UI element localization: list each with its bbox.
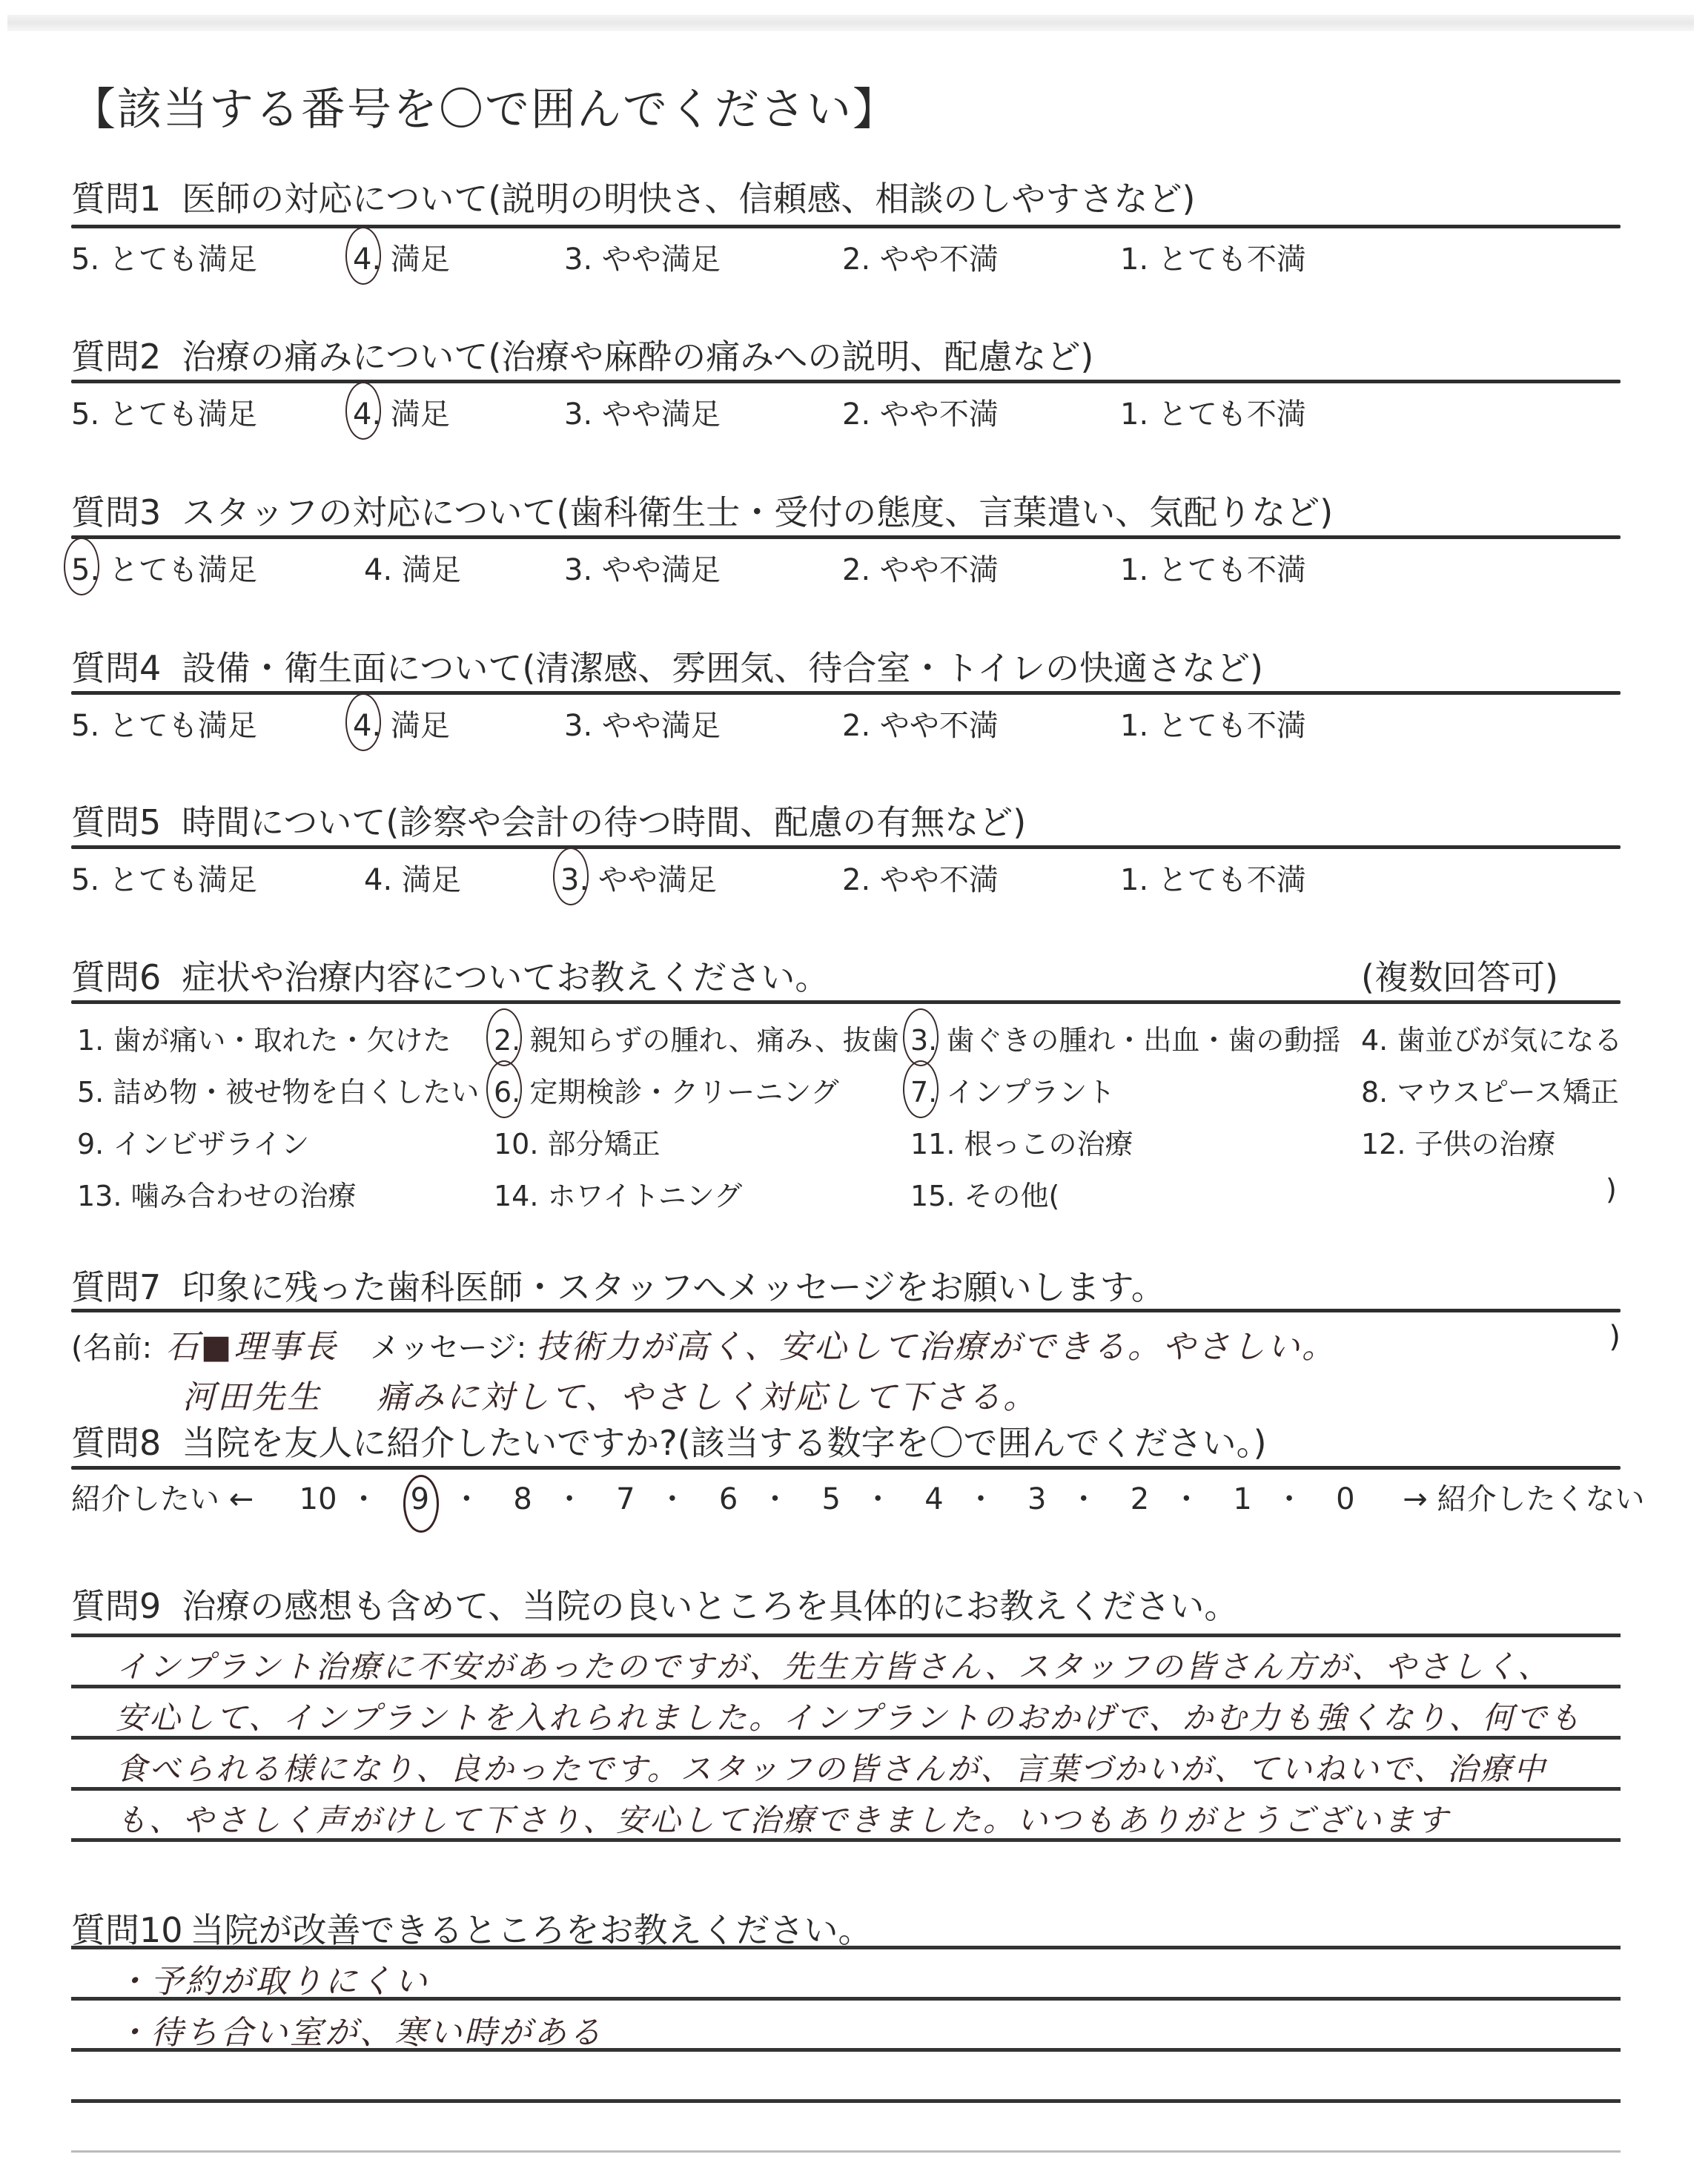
close-paren: ) [1609,1320,1621,1354]
scale-left-label: 紹介したい ← [71,1476,254,1518]
scale-1[interactable]: 1 [1225,1482,1260,1516]
question-text: 当院を友人に紹介したいですか?(該当する数字を〇で囲んでください。) [182,1423,1266,1463]
answer-line-2[interactable]: 安心して、インプラントを入れられました。インプラントのおかげで、かむ力も強くなり… [116,1694,1582,1738]
question-3-heading: 質問3スタッフの対応について(歯科衛生士・受付の態度、言葉遣い、気配りなど) [71,486,1333,535]
scale-6[interactable]: 6 [711,1482,747,1516]
option-9[interactable]: 9. インビザライン [77,1121,309,1162]
option-4[interactable]: 4. 歯並びが気になる [1361,1017,1622,1058]
multiple-answer-note: (複数回答可) [1361,951,1558,1000]
scale-right-label: → 紹介したくない [1403,1476,1644,1518]
divider [71,225,1621,228]
message-line-2: 河田先生 痛みに対して、やさしく対応して下さる。 [182,1370,1038,1418]
answer-line-3[interactable]: 食べられる様になり、良かったです。スタッフの皆さんが、言葉づかいが、ていねいで、… [116,1745,1547,1789]
option-6-selected[interactable]: 6. 定期検診・クリーニング [494,1069,839,1110]
question-4-options: 5. とても満足 4. 満足 3. やや満足 2. やや不満 1. とても不満 [71,702,1621,747]
question-1-heading: 質問1医師の対応について(説明の明快さ、信頼感、相談のしやすさなど) [71,172,1195,221]
option-3-selected[interactable]: 3. やや満足 [560,856,717,899]
scale-4[interactable]: 4 [916,1482,952,1516]
divider [71,691,1621,695]
question-1-options: 5. とても満足 4. 満足 3. やや満足 2. やや不満 1. とても不満 [71,236,1621,280]
option-2[interactable]: 2. やや不満 [842,546,999,589]
question-text: 時間について(診察や会計の待つ時間、配慮の有無など) [182,802,1026,842]
question-text: 当院が改善できるところをお教えください。 [191,1910,873,1950]
question-number: 質問4 [71,648,161,688]
option-7-selected[interactable]: 7. インプラント [910,1069,1115,1110]
scale-9-selected[interactable]: 9 [402,1482,437,1516]
option-3[interactable]: 3. やや満足 [564,236,721,278]
option-8[interactable]: 8. マウスピース矯正 [1361,1069,1619,1110]
option-4-selected[interactable]: 4. 満足 [353,391,450,433]
question-text: 治療の痛みについて(治療や麻酔の痛みへの説明、配慮など) [182,337,1093,377]
option-4-selected[interactable]: 4. 満足 [353,236,450,278]
option-1[interactable]: 1. とても不満 [1120,856,1306,899]
option-10[interactable]: 10. 部分矯正 [494,1121,661,1162]
question-number: 質問8 [71,1423,161,1463]
question-6-heading: 質問6症状や治療内容についてお教えください。 [71,951,829,1000]
question-number: 質問1 [71,179,161,219]
option-1[interactable]: 1. とても不満 [1120,702,1306,744]
option-1[interactable]: 1. とても不満 [1120,546,1306,589]
divider [71,1466,1621,1470]
option-3[interactable]: 3. やや満足 [564,391,721,433]
question-number: 質問5 [71,802,161,842]
option-3[interactable]: 3. やや満足 [564,702,721,744]
question-3-options: 5. とても満足 4. 満足 3. やや満足 2. やや不満 1. とても不満 [71,546,1621,591]
divider [71,1309,1621,1312]
message-value[interactable]: 痛みに対して、やさしく対応して下さる。 [377,1378,1038,1416]
question-7-heading: 質問7印象に残った歯科医師・スタッフへメッセージをお願いします。 [71,1261,1165,1309]
scan-edge [7,15,1694,31]
answer-rule [71,1997,1621,2001]
other-close-paren: ) [1606,1173,1617,1206]
answer-rule [71,1838,1621,1842]
divider [71,1634,1621,1637]
option-2[interactable]: 2. やや不満 [842,702,999,744]
divider [71,380,1621,383]
scale-0[interactable]: 0 [1328,1482,1363,1516]
recommend-scale: 紹介したい ← 10・ 9・ 8・ 7・ 6・ 5・ 4・ 3・ 2・ 1・ 0… [71,1476,1645,1518]
option-5[interactable]: 5. とても満足 [71,236,257,278]
option-12[interactable]: 12. 子供の治療 [1361,1121,1556,1162]
name-value[interactable]: 石■理事長 [166,1328,339,1366]
option-15-other[interactable]: 15. その他( [910,1173,1059,1214]
form-title: 【該当する番号を〇で囲んでください】 [71,74,898,138]
option-5[interactable]: 5. とても満足 [71,391,257,433]
name-label: (名前: [71,1331,152,1365]
divider [71,845,1621,849]
message-label: メッセージ: [370,1331,526,1365]
answer-rule [71,1736,1621,1740]
answer-line-1[interactable]: インプラント治療に不安があったのですが、先生方皆さん、スタッフの皆さん方が、やさ… [116,1642,1551,1687]
answer-line-2[interactable]: ・待ち合い室が、寒い時がある [116,2006,603,2053]
answer-rule [71,2150,1621,2153]
question-6-options: 1. 歯が痛い・取れた・欠けた 2. 親知らずの腫れ、痛み、抜歯 3. 歯ぐきの… [71,1017,1621,1225]
question-number: 質問3 [71,492,161,532]
divider [71,1946,1621,1949]
scale-3[interactable]: 3 [1019,1482,1055,1516]
option-14[interactable]: 14. ホワイトニング [494,1173,742,1214]
name-value[interactable]: 河田先生 [182,1378,322,1416]
option-5[interactable]: 5. とても満足 [71,856,257,899]
option-2[interactable]: 2. やや不満 [842,236,999,278]
question-text: 治療の感想も含めて、当院の良いところを具体的にお教えください。 [182,1586,1238,1626]
option-1[interactable]: 1. とても不満 [1120,236,1306,278]
question-text: 設備・衛生面について(清潔感、雰囲気、待合室・トイレの快適さなど) [182,648,1263,688]
option-1[interactable]: 1. 歯が痛い・取れた・欠けた [77,1017,451,1058]
scale-8[interactable]: 8 [505,1482,540,1516]
option-5[interactable]: 5. 詰め物・被せ物を白くしたい [77,1069,479,1110]
question-5-options: 5. とても満足 4. 満足 3. やや満足 2. やや不満 1. とても不満 [71,856,1621,901]
option-5[interactable]: 5. とても満足 [71,702,257,744]
option-5-selected[interactable]: 5. とても満足 [71,546,257,589]
scale-5[interactable]: 5 [813,1482,849,1516]
question-number: 質問2 [71,337,161,377]
question-number: 質問6 [71,957,161,997]
question-text: 印象に残った歯科医師・スタッフへメッセージをお願いします。 [182,1267,1165,1307]
answer-rule [71,2099,1621,2103]
answer-rule [71,1787,1621,1791]
question-number: 質問7 [71,1267,161,1307]
message-line-1: (名前: 石■理事長 メッセージ: 技術力が高く、安心して治療ができる。やさしい… [71,1320,1621,1367]
question-text: 医師の対応について(説明の明快さ、信頼感、相談のしやすさなど) [182,179,1195,219]
answer-line-1[interactable]: ・予約が取りにくい [116,1955,429,2002]
answer-rule [71,1685,1621,1688]
option-11[interactable]: 11. 根っこの治療 [910,1121,1133,1162]
option-4[interactable]: 4. 満足 [364,546,461,589]
question-text: 症状や治療内容についてお教えください。 [182,957,829,997]
question-number: 質問10 [71,1910,183,1950]
answer-rule [71,2048,1621,2052]
question-number: 質問9 [71,1586,161,1626]
option-2[interactable]: 2. やや不満 [842,391,999,433]
option-13[interactable]: 13. 噛み合わせの治療 [77,1173,357,1214]
option-4-selected[interactable]: 4. 満足 [353,702,450,744]
option-3[interactable]: 3. やや満足 [564,546,721,589]
message-value[interactable]: 技術力が高く、安心して治療ができる。やさしい。 [536,1328,1337,1366]
question-text: スタッフの対応について(歯科衛生士・受付の態度、言葉遣い、気配りなど) [182,492,1333,532]
question-4-heading: 質問4設備・衛生面について(清潔感、雰囲気、待合室・トイレの快適さなど) [71,641,1263,690]
divider [71,1000,1621,1004]
option-1[interactable]: 1. とても不満 [1120,391,1306,433]
option-2[interactable]: 2. やや不満 [842,856,999,899]
scale-10[interactable]: 10 [299,1482,335,1516]
option-3-selected[interactable]: 3. 歯ぐきの腫れ・出血・歯の動揺 [910,1017,1340,1058]
divider [71,535,1621,539]
scale-2[interactable]: 2 [1122,1482,1157,1516]
scale-7[interactable]: 7 [608,1482,643,1516]
answer-line-4[interactable]: も、やさしく声がけして下さり、安心して治療できました。いつもありがとうございます [116,1796,1450,1840]
question-8-heading: 質問8当院を友人に紹介したいですか?(該当する数字を〇で囲んでください。) [71,1416,1267,1465]
question-2-options: 5. とても満足 4. 満足 3. やや満足 2. やや不満 1. とても不満 [71,391,1621,435]
question-2-heading: 質問2治療の痛みについて(治療や麻酔の痛みへの説明、配慮など) [71,330,1093,379]
option-2-selected[interactable]: 2. 親知らずの腫れ、痛み、抜歯 [494,1017,899,1058]
question-5-heading: 質問5時間について(診察や会計の待つ時間、配慮の有無など) [71,796,1026,845]
option-4[interactable]: 4. 満足 [364,856,461,899]
question-9-heading: 質問9治療の感想も含めて、当院の良いところを具体的にお教えください。 [71,1579,1238,1628]
